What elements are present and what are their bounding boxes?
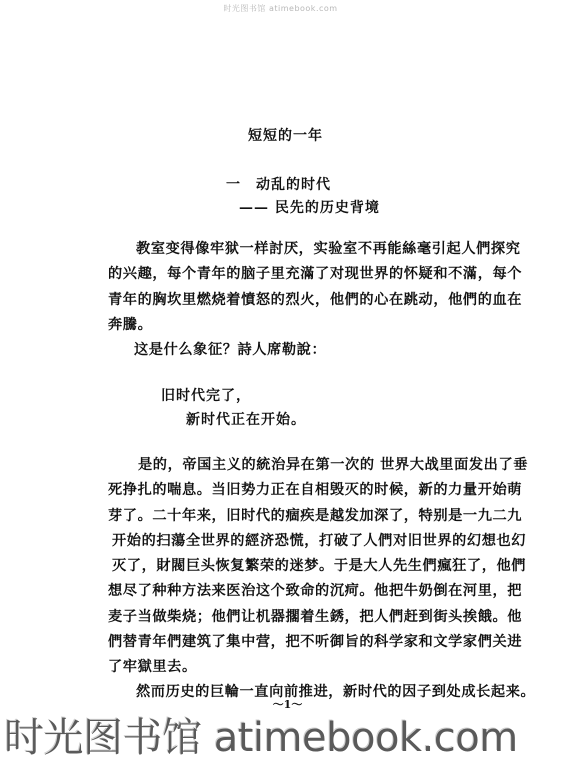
text-line: 麦子当做柴烧；他們让机器擱着生銹，把人們赶到街头挨餓。他 [108, 605, 483, 630]
text-line: 是的，帝国主义的統治异在第一次的 世界大战里面发出了垂 [108, 453, 483, 478]
paragraph-1: 教室变得像牢狱一样討厌，实验室不再能絲毫引起人們探究 的兴趣，每个青年的脑子里充… [108, 237, 483, 338]
text-line: 灭了，財閥巨头恢复繁荣的迷梦。于是大人先生們瘋狂了，他們 [108, 554, 483, 579]
text-line: 这是什么象征？詩人席勒說： [108, 338, 483, 363]
footer-watermark: 时光图书馆 atimebook.com [4, 706, 561, 763]
section-heading: 一 动乱的时代 [226, 174, 331, 194]
text-line: 教室变得像牢狱一样討厌，实验室不再能絲毫引起人們探究 [108, 237, 483, 262]
page-title: 短短的一年 [0, 125, 561, 145]
text-line: 芽了。二十年来，旧时代的痼疾是越发加深了，特别是一九二九 [108, 504, 483, 529]
text-line: 了牢獄里去。 [108, 655, 483, 680]
text-line: 奔騰。 [108, 313, 483, 338]
paragraph-3: 是的，帝国主义的統治异在第一次的 世界大战里面发出了垂 死挣扎的喘息。当旧势力正… [108, 453, 483, 681]
section-subheading: —— 民先的历史背境 [239, 197, 380, 217]
header-watermark: 时光图书馆 atimebook.com [0, 3, 561, 14]
text-line: 們替青年們建筑了集中营，把不听御旨的科学家和文学家們关进 [108, 630, 483, 655]
poem-line-1: 旧时代完了， [161, 385, 251, 405]
text-line: 死挣扎的喘息。当旧势力正在自相毁灭的时候，新的力量开始萌 [108, 478, 483, 503]
text-line: 青年的胸坎里燃烧着憤怒的烈火，他們的心在跳动，他們的血在 [108, 288, 483, 313]
text-line: 想尽了种种方法来医治这个致命的沉疴。他把牛奶倒在河里，把 [108, 579, 483, 604]
text-line: 的兴趣，每个青年的脑子里充滿了对现世界的怀疑和不滿，每个 [108, 262, 483, 287]
paragraph-2: 这是什么象征？詩人席勒說： [108, 338, 483, 363]
poem-line-2: 新时代正在开始。 [186, 409, 306, 429]
text-line: 开始的扫蕩全世界的經济恐慌，打破了人們对旧世界的幻想也幻 [108, 529, 483, 554]
